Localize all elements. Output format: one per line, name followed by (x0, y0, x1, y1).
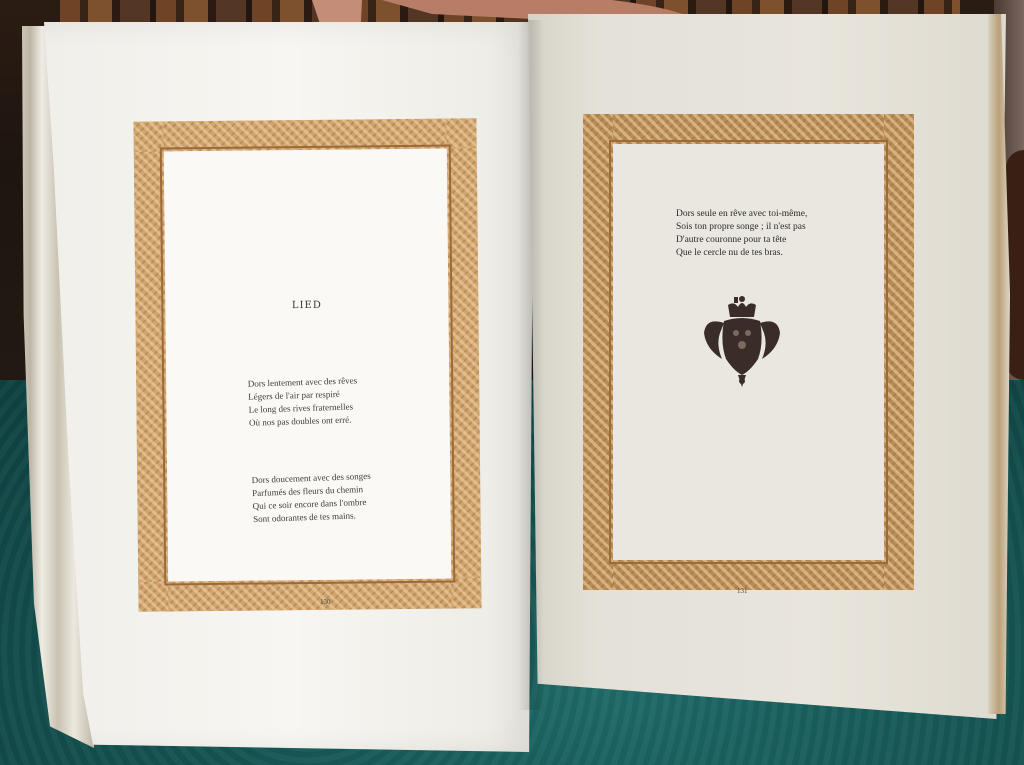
verse-line: Où nos pas doubles ont erré. (249, 413, 359, 429)
verse-line: Dors seule en rêve avec toi-même, (676, 208, 807, 221)
stanza-2: Dors doucement avec des songes Parfumés … (251, 470, 372, 526)
crowned-coat-of-arms-icon (700, 293, 792, 389)
stanza-1: Dors lentement avec des rêves Légers de … (248, 374, 359, 429)
photo-scene: LIED Dors lentement avec des rêves Léger… (0, 0, 1024, 765)
page-number-left: 130 (320, 598, 331, 606)
poem-title: LIED (165, 299, 448, 313)
verse-line: Sois ton propre songe ; il n'est pas (676, 221, 807, 234)
verse-line: D'autre couronne pour ta tête (676, 234, 807, 247)
frame-inner-left: LIED Dors lentement avec des rêves Léger… (164, 149, 451, 582)
verse-line: Que le cercle nu de tes bras. (676, 247, 807, 260)
page-number-right: 131 (737, 587, 748, 595)
book-gutter (518, 20, 544, 710)
stanza-right: Dors seule en rêve avec toi-même, Sois t… (676, 208, 807, 260)
ornamental-frame-left: LIED Dors lentement avec des rêves Léger… (133, 118, 481, 612)
